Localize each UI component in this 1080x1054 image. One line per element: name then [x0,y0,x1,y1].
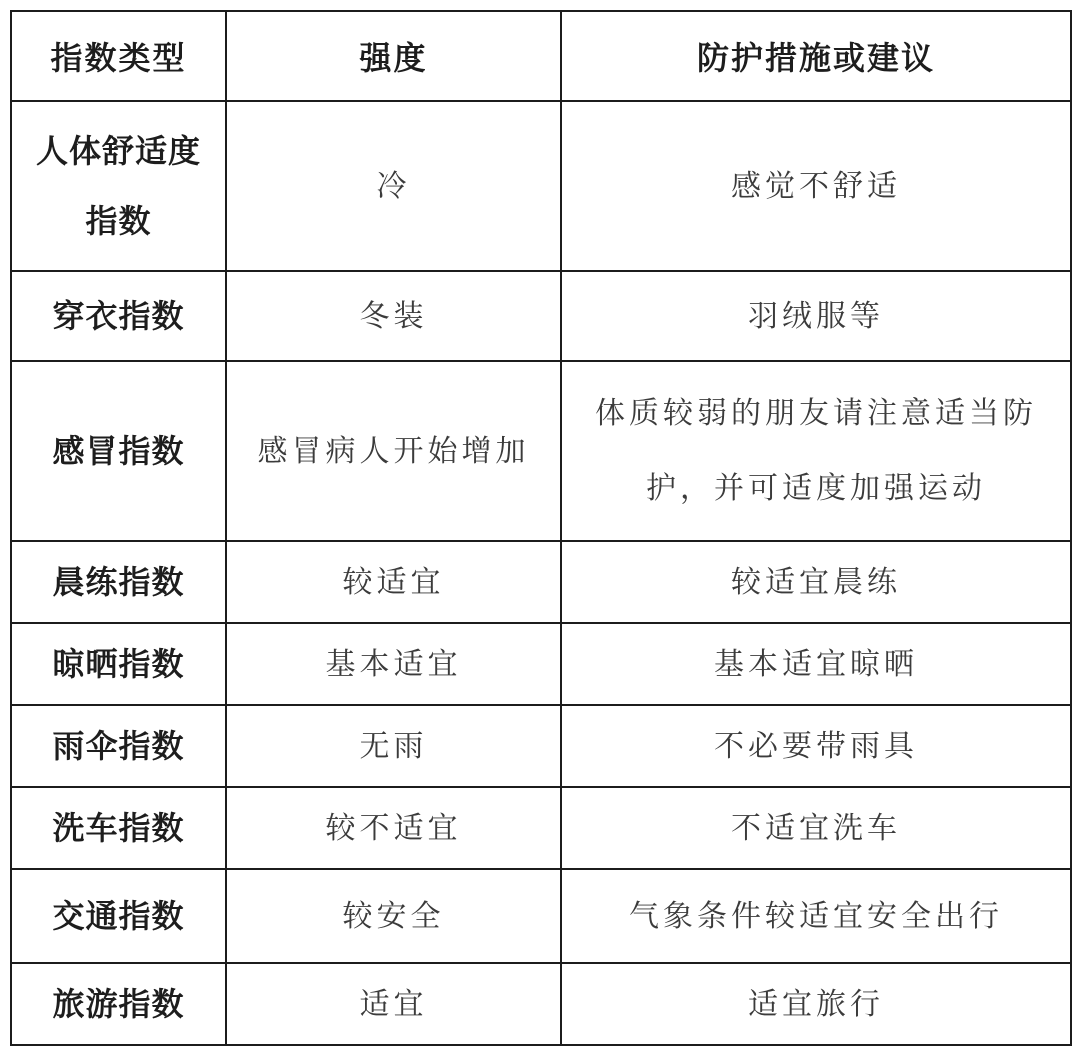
intensity-cell: 较不适宜 [226,787,561,869]
table-row: 晾晒指数 基本适宜 基本适宜晾晒 [11,623,1071,705]
intensity-cell: 适宜 [226,963,561,1045]
advice-cell: 不必要带雨具 [561,705,1071,787]
table-row: 感冒指数 感冒病人开始增加 体质较弱的朋友请注意适当防护，并可适度加强运动 [11,361,1071,541]
index-type-cell: 穿衣指数 [11,271,226,361]
table-row: 人体舒适度指数 冷 感觉不舒适 [11,101,1071,271]
table-row: 旅游指数 适宜 适宜旅行 [11,963,1071,1045]
advice-cell: 羽绒服等 [561,271,1071,361]
advice-cell: 气象条件较适宜安全出行 [561,869,1071,963]
index-type-cell: 洗车指数 [11,787,226,869]
advice-cell: 不适宜洗车 [561,787,1071,869]
table-row: 晨练指数 较适宜 较适宜晨练 [11,541,1071,623]
table-row: 交通指数 较安全 气象条件较适宜安全出行 [11,869,1071,963]
intensity-cell: 无雨 [226,705,561,787]
advice-cell: 体质较弱的朋友请注意适当防护，并可适度加强运动 [561,361,1071,541]
index-type-cell: 交通指数 [11,869,226,963]
intensity-cell: 基本适宜 [226,623,561,705]
advice-cell: 适宜旅行 [561,963,1071,1045]
weather-index-table-container: 指数类型 强度 防护措施或建议 人体舒适度指数 冷 感觉不舒适 穿衣指数 冬装 … [10,10,1072,1046]
intensity-cell: 较安全 [226,869,561,963]
header-index-type: 指数类型 [11,11,226,101]
intensity-cell: 冬装 [226,271,561,361]
advice-cell: 基本适宜晾晒 [561,623,1071,705]
index-type-cell: 晨练指数 [11,541,226,623]
header-intensity: 强度 [226,11,561,101]
table-row: 洗车指数 较不适宜 不适宜洗车 [11,787,1071,869]
intensity-cell: 冷 [226,101,561,271]
advice-cell: 感觉不舒适 [561,101,1071,271]
index-type-cell: 旅游指数 [11,963,226,1045]
intensity-cell: 较适宜 [226,541,561,623]
index-type-cell: 雨伞指数 [11,705,226,787]
table-row: 穿衣指数 冬装 羽绒服等 [11,271,1071,361]
header-row: 指数类型 强度 防护措施或建议 [11,11,1071,101]
intensity-cell: 感冒病人开始增加 [226,361,561,541]
index-type-cell: 晾晒指数 [11,623,226,705]
index-type-cell: 感冒指数 [11,361,226,541]
header-advice: 防护措施或建议 [561,11,1071,101]
table-row: 雨伞指数 无雨 不必要带雨具 [11,705,1071,787]
advice-cell: 较适宜晨练 [561,541,1071,623]
weather-index-table: 指数类型 强度 防护措施或建议 人体舒适度指数 冷 感觉不舒适 穿衣指数 冬装 … [10,10,1072,1046]
index-type-cell: 人体舒适度指数 [11,101,226,271]
